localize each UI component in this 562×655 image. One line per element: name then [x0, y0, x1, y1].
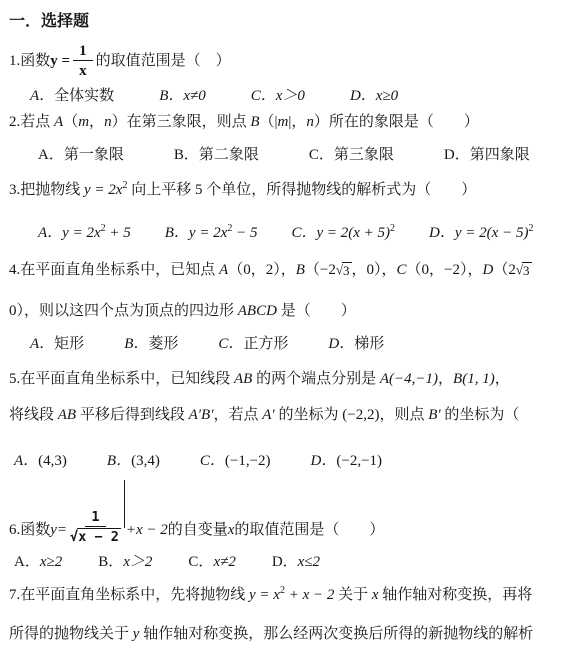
question-3-text: 向上平移 5 个单位，所得抛物线的解析式为（ ）	[127, 182, 476, 198]
option-label: D．	[444, 147, 470, 163]
test-document-page: 一．选择题 1.函数 y = 1 x 的取值范围是（ ） A．全体实数 B．x≠…	[0, 0, 562, 655]
question-5-text: 将线段	[9, 407, 58, 423]
question-6-text: 的自变量	[168, 520, 228, 540]
question-5-text: ，	[438, 371, 453, 387]
question-2-text: ，	[89, 114, 104, 130]
question-1-text: 的取值范围是（ ）	[96, 51, 231, 71]
question-3-text: 3.把抛物线	[9, 182, 84, 198]
option-label: A．	[14, 453, 38, 469]
question-5-text: 的两个端点分别是	[252, 371, 380, 387]
option-value: x≠0	[183, 88, 205, 104]
option-a: A．矩形	[30, 332, 84, 353]
option-c: C．y = 2(x + 5)2	[291, 221, 395, 242]
math-var: A′B′	[189, 407, 214, 423]
math-var: A′	[262, 407, 274, 423]
question-6-equation-lhs: y=	[50, 520, 67, 540]
math-expression: + x − 2	[285, 587, 334, 603]
option-label: C．	[188, 554, 213, 570]
option-value: 矩形	[54, 336, 84, 352]
question-7-text: 7.在平面直角坐标系中，先将抛物线	[9, 587, 249, 603]
option-c: C．x≠2	[188, 550, 235, 571]
option-c: C．x＞0	[251, 84, 305, 105]
question-5-text: ，	[495, 371, 510, 387]
math-coefficient: −2	[320, 262, 336, 278]
math-var: C	[397, 262, 407, 278]
question-2-text: （	[63, 114, 78, 130]
question-5-text: 的坐标为	[275, 407, 343, 423]
question-2-text: |，	[288, 114, 306, 130]
question-4-text: （	[493, 262, 508, 278]
question-5-text: 的坐标为（	[441, 407, 520, 423]
question-4-text: 4.在平面直角坐标系中，已知点	[9, 262, 219, 278]
option-label: C．	[200, 453, 225, 469]
math-exponent: 2	[528, 223, 533, 234]
question-7-text: 轴作轴对称变换，那么经两次变换后所得的新抛物线的解析	[139, 626, 533, 642]
math-var: ABCD	[238, 303, 277, 319]
option-label: D．	[311, 453, 337, 469]
question-2-text: （|	[260, 114, 278, 130]
radicand: 3	[522, 262, 532, 279]
option-label: A．	[38, 225, 62, 241]
question-1-equation-lhs: y =	[50, 51, 70, 71]
question-4-text: 0），则以这四个点为顶点的四边形	[9, 303, 238, 319]
option-d: D．x≤2	[272, 550, 320, 571]
math-var: B	[250, 114, 259, 130]
option-value: (3,4)	[131, 453, 160, 469]
option-label: B．	[165, 225, 189, 241]
fraction-denominator: x	[79, 61, 87, 80]
fraction-numerator: 1	[73, 43, 93, 61]
option-label: B．	[124, 336, 148, 352]
option-label: C．	[218, 336, 243, 352]
option-value: − 5	[232, 225, 257, 241]
question-4-stem-line-2: 0），则以这四个点为顶点的四边形 ABCD 是（ ）	[9, 301, 356, 321]
option-b: B．(3,4)	[107, 449, 160, 470]
option-value: y = 2(x − 5)	[455, 225, 529, 241]
option-label: D．	[350, 88, 376, 104]
question-7-stem-line-1: 7.在平面直角坐标系中，先将抛物线 y = x2 + x − 2 关于 x 轴作…	[9, 584, 532, 605]
question-6-stem: 6.函数 y= 1 x − 2 +x − 2 的自变量 x 的取值范围是（ ）	[9, 478, 384, 546]
option-d: D．第四象限	[444, 143, 530, 164]
math-exponent: 2	[390, 223, 395, 234]
question-5-stem-line-2: 将线段 AB 平移后得到线段 A′B′，若点 A′ 的坐标为 (−2,2)，则点…	[9, 405, 519, 425]
option-b: B．x≠0	[159, 84, 206, 105]
option-label: A．	[14, 554, 40, 570]
option-c: C．(−1,−2)	[200, 449, 271, 470]
question-5-options: A．(4,3) B．(3,4) C．(−1,−2) D．(−2,−1)	[14, 449, 382, 470]
option-a: A．x≥2	[14, 550, 62, 571]
option-value: (−1,−2)	[225, 453, 271, 469]
question-6-text: 6.函数	[9, 520, 50, 540]
sqrt-radical: 3	[516, 261, 532, 279]
option-value: 全体实数	[54, 88, 114, 104]
fraction-numerator: 1	[85, 510, 105, 527]
math-expression: +x − 2	[126, 520, 168, 540]
math-var: A	[54, 114, 63, 130]
option-label: A．	[38, 147, 64, 163]
question-3-options: A．y = 2x2 + 5 B．y = 2x2 − 5 C．y = 2(x + …	[38, 221, 533, 242]
option-a: A．全体实数	[30, 84, 114, 105]
option-label: C．	[309, 147, 334, 163]
option-value: (−2,−1)	[336, 453, 382, 469]
question-7-text: 关于	[334, 587, 372, 603]
sqrt-radical: x − 2	[70, 528, 121, 545]
question-2-text: 2.若点	[9, 114, 54, 130]
math-var: AB	[234, 371, 252, 387]
question-5-text: ，若点	[214, 407, 263, 423]
option-d: D．x≥0	[350, 84, 398, 105]
question-1-text: 1.函数	[9, 51, 50, 71]
option-d: D．y = 2(x − 5)2	[429, 221, 533, 242]
option-value: x＞2	[123, 554, 152, 570]
option-label: C．	[291, 225, 316, 241]
option-b: B．第二象限	[174, 143, 259, 164]
option-value: x≥0	[376, 88, 398, 104]
question-4-text: ，0），	[352, 262, 397, 278]
question-5-text: 平移后得到线段	[76, 407, 189, 423]
radicand: x − 2	[77, 528, 121, 545]
option-a: A．(4,3)	[14, 449, 67, 470]
math-var: B′	[428, 407, 440, 423]
option-value: 第一象限	[64, 147, 124, 163]
question-2-text: ）在第三象限，则点	[112, 114, 251, 130]
math-expression: y = 2x	[84, 182, 122, 198]
option-b: B．y = 2x2 − 5	[165, 221, 258, 242]
option-label: B．	[174, 147, 199, 163]
question-4-text: （0，2），	[228, 262, 296, 278]
option-d: D．(−2,−1)	[311, 449, 383, 470]
math-point: A(−4,−1)	[380, 371, 438, 387]
question-4-text: （0，−2），	[407, 262, 483, 278]
question-7-stem-line-2: 所得的抛物线关于 y 轴作轴对称变换，那么经两次变换后所得的新抛物线的解析	[9, 624, 533, 644]
option-value: x＞0	[276, 88, 305, 104]
option-d: D．梯形	[328, 332, 384, 353]
question-6-text: 的取值范围是（ ）	[234, 520, 384, 540]
math-var: n	[104, 114, 112, 130]
option-value: x≠2	[213, 554, 235, 570]
option-value: y = 2x	[62, 225, 100, 241]
question-5-text: 5.在平面直角坐标系中，已知线段	[9, 371, 234, 387]
option-value: (4,3)	[38, 453, 67, 469]
option-label: D．	[328, 336, 354, 352]
option-label: C．	[251, 88, 276, 104]
option-label: B．	[159, 88, 183, 104]
option-label: A．	[30, 88, 54, 104]
option-value: y = 2x	[189, 225, 227, 241]
option-a: A．y = 2x2 + 5	[38, 221, 131, 242]
option-value: 第二象限	[199, 147, 259, 163]
question-7-text: 轴作轴对称变换，再将	[379, 587, 533, 603]
sqrt-radical: 3	[336, 261, 352, 279]
fraction-denominator: x − 2	[70, 527, 121, 546]
option-c: C．正方形	[218, 332, 288, 353]
question-1-stem: 1.函数 y = 1 x 的取值范围是（ ）	[9, 36, 231, 80]
fraction: 1 x	[73, 43, 93, 80]
question-2-stem: 2.若点 A（m，n）在第三象限，则点 B（|m|，n）所在的象限是（ ）	[9, 112, 479, 132]
radicand: 3	[342, 262, 352, 279]
question-2-text: ）所在的象限是（ ）	[314, 114, 479, 130]
option-c: C．第三象限	[309, 143, 394, 164]
math-var: n	[306, 114, 314, 130]
option-a: A．第一象限	[38, 143, 124, 164]
question-1-options: A．全体实数 B．x≠0 C．x＞0 D．x≥0	[30, 84, 398, 105]
option-value: y = 2(x + 5)	[316, 225, 390, 241]
math-var: x	[228, 520, 235, 540]
option-value: 梯形	[354, 336, 384, 352]
option-label: D．	[429, 225, 455, 241]
option-value: x≥2	[40, 554, 62, 570]
question-7-text: 所得的抛物线关于	[9, 626, 133, 642]
equation-cursor-artifact	[124, 480, 125, 528]
fraction: 1 x − 2	[70, 510, 121, 546]
option-value: 第三象限	[334, 147, 394, 163]
option-value: 第四象限	[470, 147, 530, 163]
math-var: m	[278, 114, 289, 130]
option-label: B．	[98, 554, 123, 570]
option-label: D．	[272, 554, 298, 570]
option-value: + 5	[106, 225, 131, 241]
math-var: B	[296, 262, 305, 278]
question-4-stem-line-1: 4.在平面直角坐标系中，已知点 A（0，2），B（−23，0），C（0，−2），…	[9, 260, 532, 280]
math-var: m	[78, 114, 89, 130]
question-4-text: （	[305, 262, 320, 278]
question-5-text: ，则点	[379, 407, 428, 423]
option-b: B．x＞2	[98, 550, 152, 571]
option-value: 正方形	[243, 336, 288, 352]
question-6-options: A．x≥2 B．x＞2 C．x≠2 D．x≤2	[14, 550, 320, 571]
question-4-options: A．矩形 B．菱形 C．正方形 D．梯形	[30, 332, 384, 353]
math-var: x	[372, 587, 379, 603]
question-3-stem: 3.把抛物线 y = 2x2 向上平移 5 个单位，所得抛物线的解析式为（ ）	[9, 179, 476, 200]
question-2-options: A．第一象限 B．第二象限 C．第三象限 D．第四象限	[38, 143, 530, 164]
question-5-stem-line-1: 5.在平面直角坐标系中，已知线段 AB 的两个端点分别是 A(−4,−1)，B(…	[9, 369, 510, 389]
math-var: AB	[58, 407, 76, 423]
math-var: A	[219, 262, 228, 278]
section-heading: 一．选择题	[9, 8, 89, 31]
question-4-text: 是（ ）	[277, 303, 356, 319]
math-var: D	[483, 262, 494, 278]
option-value: x≤2	[298, 554, 320, 570]
option-label: A．	[30, 336, 54, 352]
option-value: 菱形	[148, 336, 178, 352]
math-expression: y = x	[249, 587, 280, 603]
math-point: (−2,2)	[342, 407, 379, 423]
math-point: B(1, 1)	[453, 371, 495, 387]
option-b: B．菱形	[124, 332, 178, 353]
option-label: B．	[107, 453, 131, 469]
math-coefficient: 2	[508, 262, 516, 278]
